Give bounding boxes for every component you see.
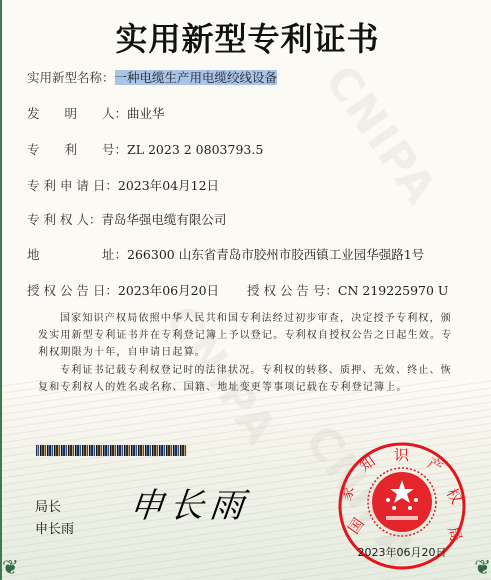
address-row: 地 址：266300 山东省青岛市胶州市胶西镇工业园华强路1号 [27,245,424,263]
inventor-row: 发 明 人：曲业华 [27,104,165,122]
filing-date-row: 专 利 申 请 日：2023年04月12日 [27,176,219,194]
svg-text:知: 知 [356,452,379,475]
corner-ornament-icon: ❦ [474,555,491,579]
patent-number-row: 专 利 号：ZL 2023 2 0803793.5 [27,140,263,158]
seal-date: 2023年06月20日 [336,544,468,560]
name-value[interactable]: 一种电缆生产用电缆绞线设备 [115,70,278,85]
certificate-page: CNIPA CNIPA CNIPA 实用新型专利证书 实用新型名称：一种电缆生产… [0,0,491,580]
director-name: 申长雨 [35,518,74,537]
inventor-label: 发 明 人： [27,104,127,122]
filing-date-value: 2023年04月12日 [118,178,219,193]
name-label: 实用新型名称： [27,68,115,86]
address-label: 地 址： [27,245,127,263]
inventor-value: 曲业华 [127,106,165,121]
certificate-title: 实用新型专利证书 [2,14,491,60]
filing-date-label: 专 利 申 请 日： [27,176,118,194]
svg-text:家: 家 [336,484,357,503]
director-title: 局长 [35,496,61,515]
patentee-label: 专 利 权 人： [27,210,101,228]
svg-text:局: 局 [444,524,465,543]
watermark: CNIPA [315,56,447,214]
grant-date-label: 授 权 公 告 日： [27,281,118,299]
patentee-row: 专 利 权 人：青岛华强电缆有限公司 [27,210,226,228]
grant-date-value: 2023年06月20日 [118,283,219,298]
utility-model-name-row: 实用新型名称：一种电缆生产用电缆绞线设备 [27,68,277,86]
certificate-paragraph-2: 专利证书记载专利权登记时的法律状况。专利权的转移、质押、无效、终止、恢复和专利权… [38,362,461,396]
handwritten-signature: 申长雨 [127,478,252,527]
patent-number-label: 专 利 号： [27,140,127,158]
corner-ornament-icon: ❦ [2,555,19,579]
patentee-value: 青岛华强电缆有限公司 [101,212,226,227]
grant-number-label: 授 权 公 告 号： [247,281,338,299]
address-value: 266300 山东省青岛市胶州市胶西镇工业园华强路1号 [127,247,424,262]
grant-number-row: 授 权 公 告 号：CN 219225970 U [247,281,448,299]
certificate-paragraph-1: 国家知识产权局依照中华人民共和国专利法经过初步审查，决定授予专利权，颁发实用新型… [38,310,461,361]
grant-number-value: CN 219225970 U [338,283,449,298]
official-seal: 国 家 知 识 产 权 局 2023年06月20日 [336,440,468,572]
grant-date-row: 授 权 公 告 日：2023年06月20日 [27,281,219,299]
barcode [36,445,187,456]
svg-text:识: 识 [394,446,410,464]
patent-number-value: ZL 2023 2 0803793.5 [127,142,263,157]
